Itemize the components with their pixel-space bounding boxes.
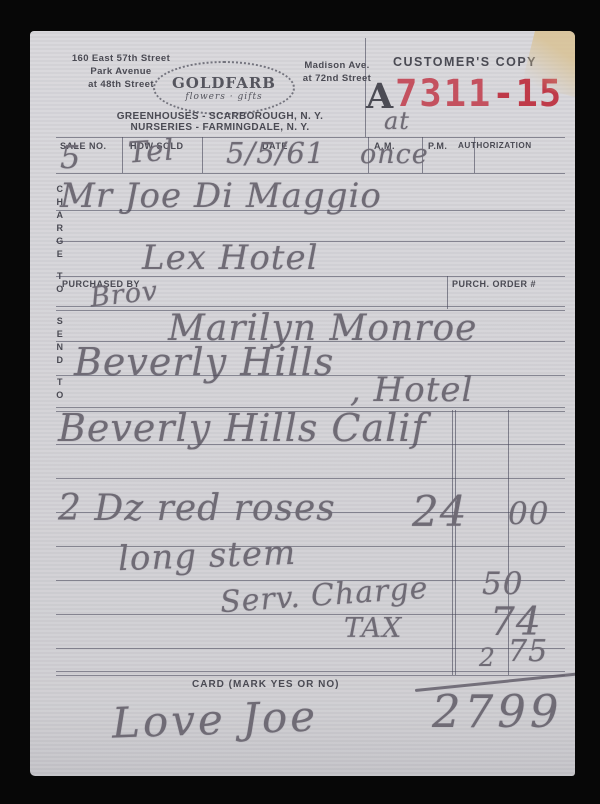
handwritten-tax-label: TAX [344, 615, 402, 642]
address-left-line1: 160 East 57th Street [58, 52, 184, 65]
cell-divider [474, 137, 475, 173]
handwritten-item-dollars: 24 [412, 491, 467, 533]
facilities-line1: GREENHOUSES - SCARBOROUGH, N. Y. [70, 111, 370, 122]
cell-divider [202, 137, 203, 173]
handwritten-subtotal-cents: 75 [508, 637, 548, 667]
purch-order-label: PURCH. ORDER # [452, 279, 536, 289]
ruled-line [56, 173, 565, 174]
handwritten-total: 2799 [432, 689, 563, 734]
handwritten-date: 5/5/61 [226, 139, 325, 168]
handwritten-item-detail: long stem [117, 536, 296, 576]
logo-tagline: flowers · gifts [185, 92, 262, 102]
goldfarb-logo: GOLDFARB flowers · gifts [153, 61, 295, 115]
facilities: GREENHOUSES - SCARBOROUGH, N. Y. NURSERI… [70, 111, 370, 133]
ruled-line [56, 210, 565, 211]
facilities-line2: NURSERIES - FARMINGDALE, N. Y. [70, 122, 370, 133]
ruled-line [56, 675, 565, 676]
handwritten-sale-no: 5 [60, 141, 81, 173]
authorization-label: AUTHORIZATION [458, 141, 532, 150]
handwritten-charge-to-hotel: Lex Hotel [142, 241, 318, 275]
receipt-paper: 160 East 57th Street Park Avenue at 48th… [30, 31, 575, 776]
money-column-line [455, 410, 456, 675]
ruled-line [56, 276, 565, 277]
cell-divider [447, 276, 448, 309]
handwritten-send-to-state: Beverly Hills Calif [58, 409, 427, 447]
cell-divider [122, 137, 123, 173]
handwritten-card-message: Love Joe [111, 695, 318, 744]
handwritten-time-note: once [360, 141, 429, 168]
handwritten-subtotal-dollars: 2 [479, 645, 496, 670]
card-label: CARD (MARK YES OR NO) [192, 679, 339, 690]
handwritten-item-cents: 00 [508, 499, 549, 530]
handwritten-time-note-top: at [384, 109, 410, 133]
handwritten-charge-to-name: Mr Joe Di Maggio [60, 179, 382, 213]
pm-label: P.M. [428, 141, 447, 151]
money-column-line [452, 410, 453, 675]
handwritten-item-desc: 2 Dz red roses [58, 491, 336, 527]
handwritten-service-charge: 50 [482, 569, 523, 600]
logo-name: GOLDFARB [172, 74, 276, 92]
ruled-line [56, 444, 565, 445]
ruled-line [56, 478, 565, 479]
ruled-line [56, 306, 565, 307]
ruled-line [56, 375, 565, 376]
ruled-line [56, 614, 565, 615]
handwritten-send-to-hotel: , Hotel [350, 373, 473, 407]
handwritten-how-sold: Tel [127, 135, 175, 167]
send-to-label: SENDTO [54, 315, 66, 402]
ruled-line [56, 241, 565, 242]
